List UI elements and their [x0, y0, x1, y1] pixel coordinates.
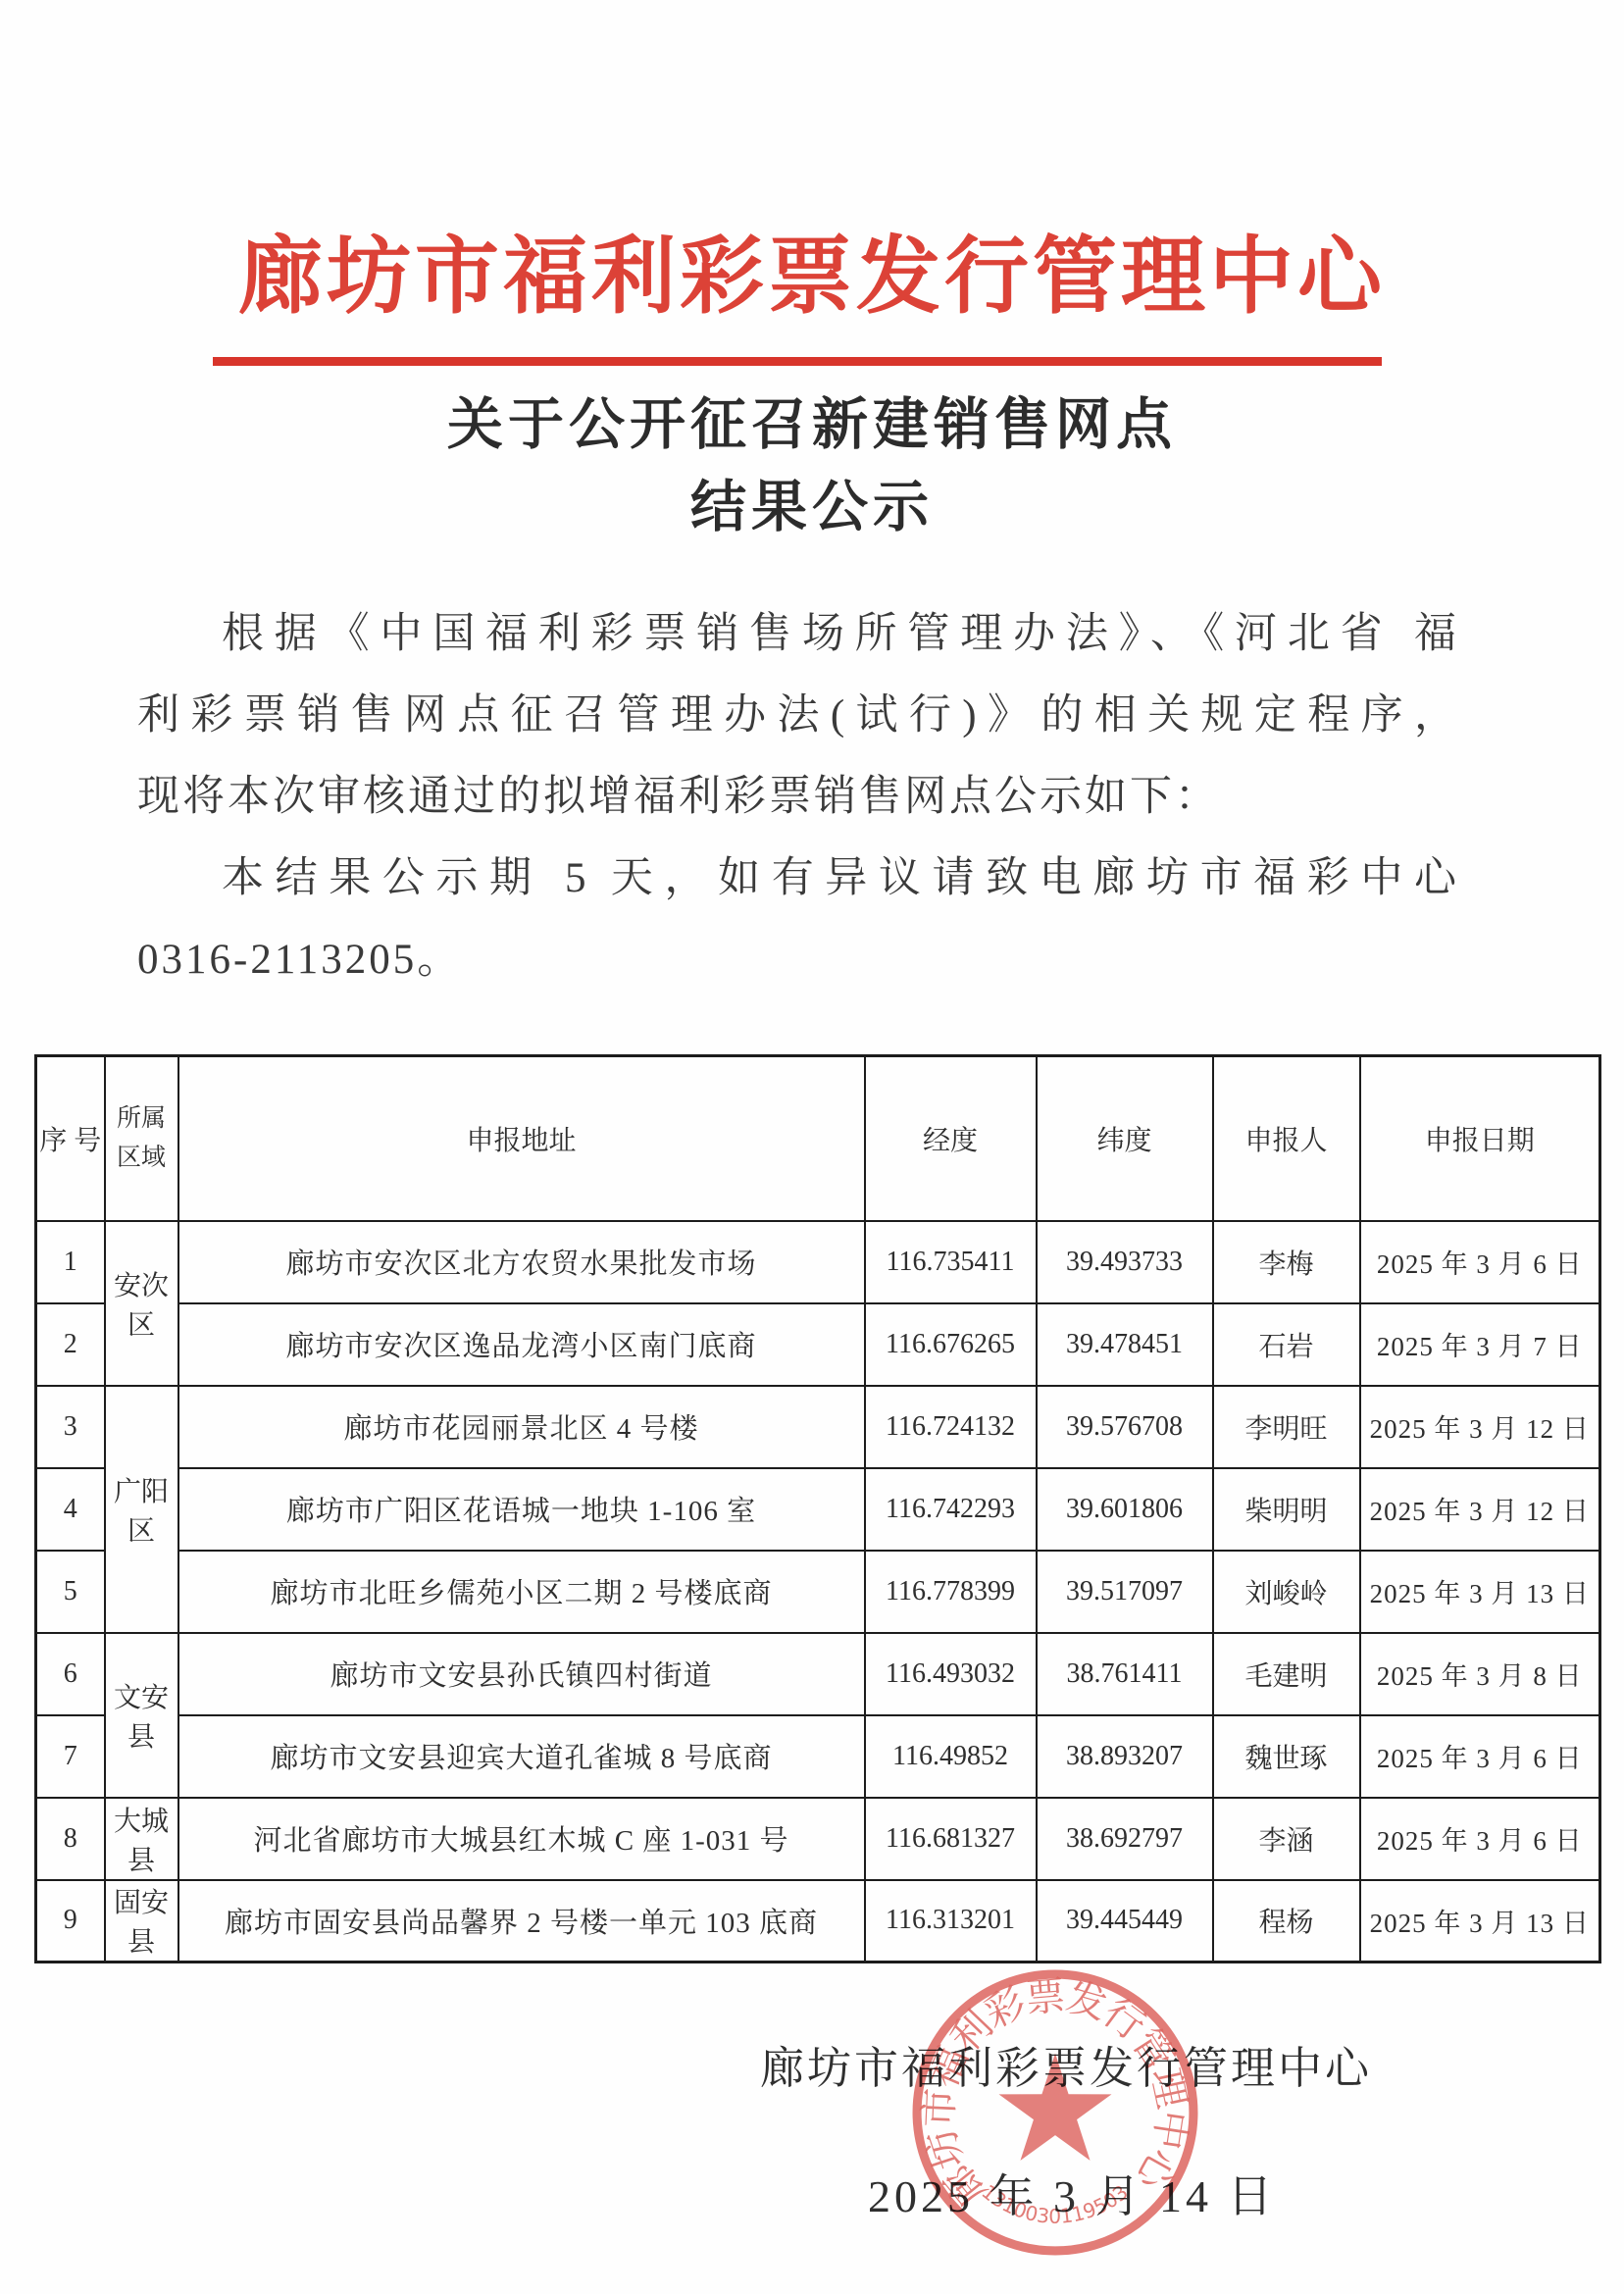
cell-no: 2: [36, 1303, 105, 1386]
col-header-address: 申报地址: [178, 1056, 865, 1221]
cell-date: 2025 年 3 月 12 日: [1360, 1468, 1600, 1551]
cell-latitude: 39.493733: [1037, 1221, 1213, 1303]
cell-longitude: 116.49852: [865, 1715, 1037, 1798]
cell-date: 2025 年 3 月 6 日: [1360, 1798, 1600, 1880]
doc-title-line-2: 结果公示: [0, 467, 1624, 549]
doc-title: 关于公开征召新建销售网点 结果公示: [0, 384, 1624, 549]
cell-date: 2025 年 3 月 13 日: [1360, 1880, 1600, 1963]
cell-no: 3: [36, 1386, 105, 1468]
seal-number: 1310030119503: [978, 2180, 1133, 2228]
cell-applicant: 李梅: [1213, 1221, 1360, 1303]
cell-longitude: 116.676265: [865, 1303, 1037, 1386]
cell-latitude: 39.576708: [1037, 1386, 1213, 1468]
cell-no: 9: [36, 1880, 105, 1963]
table-row: 6 文安县 廊坊市文安县孙氏镇四村街道 116.493032 38.761411…: [36, 1633, 1600, 1715]
cell-date: 2025 年 3 月 13 日: [1360, 1551, 1600, 1633]
table-row: 1 安次区 廊坊市安次区北方农贸水果批发市场 116.735411 39.493…: [36, 1221, 1600, 1303]
cell-latitude: 39.601806: [1037, 1468, 1213, 1551]
cell-latitude: 38.893207: [1037, 1715, 1213, 1798]
cell-longitude: 116.735411: [865, 1221, 1037, 1303]
table-row: 7 廊坊市文安县迎宾大道孔雀城 8 号底商 116.49852 38.89320…: [36, 1715, 1600, 1798]
outlets-table: 序 号 所属区域 申报地址 经度 纬度 申报人 申报日期 1 安次区 廊坊市安次…: [34, 1054, 1601, 1963]
cell-date: 2025 年 3 月 6 日: [1360, 1221, 1600, 1303]
cell-longitude: 116.313201: [865, 1880, 1037, 1963]
cell-applicant: 石岩: [1213, 1303, 1360, 1386]
svg-text:1310030119503: 1310030119503: [978, 2180, 1133, 2228]
cell-applicant: 李涵: [1213, 1798, 1360, 1880]
table-row: 4 廊坊市广阳区花语城一地块 1-106 室 116.742293 39.601…: [36, 1468, 1600, 1551]
col-header-longitude: 经度: [865, 1056, 1037, 1221]
cell-address: 廊坊市北旺乡儒苑小区二期 2 号楼底商: [178, 1551, 865, 1633]
cell-region: 广阳区: [105, 1386, 178, 1633]
cell-latitude: 39.478451: [1037, 1303, 1213, 1386]
cell-longitude: 116.778399: [865, 1551, 1037, 1633]
doc-title-line-1: 关于公开征召新建销售网点: [0, 384, 1624, 467]
cell-no: 8: [36, 1798, 105, 1880]
cell-address: 廊坊市固安县尚品馨界 2 号楼一单元 103 底商: [178, 1880, 865, 1963]
cell-applicant: 毛建明: [1213, 1633, 1360, 1715]
body-line: 根据《中国福利彩票销售场所管理办法》、《河北省 福: [137, 593, 1459, 675]
cell-longitude: 116.724132: [865, 1386, 1037, 1468]
body-text: 根据《中国福利彩票销售场所管理办法》、《河北省 福 利彩票销售网点征召管理办法(…: [137, 593, 1459, 1000]
body-line: 本结果公示期 5 天，如有异议请致电廊坊市福彩中心: [137, 838, 1459, 919]
cell-address: 廊坊市文安县孙氏镇四村街道: [178, 1633, 865, 1715]
cell-date: 2025 年 3 月 7 日: [1360, 1303, 1600, 1386]
cell-date: 2025 年 3 月 6 日: [1360, 1715, 1600, 1798]
table-row: 8 大城县 河北省廊坊市大城县红木城 C 座 1-031 号 116.68132…: [36, 1798, 1600, 1880]
cell-address: 河北省廊坊市大城县红木城 C 座 1-031 号: [178, 1798, 865, 1880]
cell-address: 廊坊市安次区逸品龙湾小区南门底商: [178, 1303, 865, 1386]
title-divider-rule: [213, 357, 1382, 366]
body-line: 0316-2113205。: [137, 919, 1459, 1000]
col-header-applicant: 申报人: [1213, 1056, 1360, 1221]
cell-region: 固安县: [105, 1880, 178, 1963]
cell-no: 6: [36, 1633, 105, 1715]
cell-applicant: 魏世琢: [1213, 1715, 1360, 1798]
cell-address: 廊坊市广阳区花语城一地块 1-106 室: [178, 1468, 865, 1551]
cell-applicant: 刘峻岭: [1213, 1551, 1360, 1633]
org-title: 廊坊市福利彩票发行管理中心: [0, 208, 1624, 330]
cell-latitude: 39.445449: [1037, 1880, 1213, 1963]
cell-no: 1: [36, 1221, 105, 1303]
col-header-date: 申报日期: [1360, 1056, 1600, 1221]
col-header-region: 所属区域: [105, 1056, 178, 1221]
body-line: 利彩票销售网点征召管理办法(试行)》的相关规定程序，: [137, 675, 1459, 756]
body-line: 现将本次审核通过的拟增福利彩票销售网点公示如下：: [137, 756, 1459, 838]
cell-latitude: 39.517097: [1037, 1551, 1213, 1633]
cell-address: 廊坊市安次区北方农贸水果批发市场: [178, 1221, 865, 1303]
table-row: 3 广阳区 廊坊市花园丽景北区 4 号楼 116.724132 39.57670…: [36, 1386, 1600, 1468]
cell-no: 5: [36, 1551, 105, 1633]
col-header-index: 序 号: [36, 1056, 105, 1221]
cell-applicant: 程杨: [1213, 1880, 1360, 1963]
document-page: 廊坊市福利彩票发行管理中心 关于公开征召新建销售网点 结果公示 根据《中国福利彩…: [0, 0, 1624, 2294]
cell-region: 安次区: [105, 1221, 178, 1386]
cell-region: 大城县: [105, 1798, 178, 1880]
star-icon: [999, 2054, 1112, 2161]
cell-date: 2025 年 3 月 12 日: [1360, 1386, 1600, 1468]
cell-address: 廊坊市花园丽景北区 4 号楼: [178, 1386, 865, 1468]
cell-date: 2025 年 3 月 8 日: [1360, 1633, 1600, 1715]
table-header-row: 序 号 所属区域 申报地址 经度 纬度 申报人 申报日期: [36, 1056, 1600, 1221]
cell-no: 7: [36, 1715, 105, 1798]
cell-latitude: 38.761411: [1037, 1633, 1213, 1715]
official-seal: 廊坊市福利彩票发行管理中心 1310030119503: [907, 1964, 1203, 2261]
cell-applicant: 柴明明: [1213, 1468, 1360, 1551]
cell-address: 廊坊市文安县迎宾大道孔雀城 8 号底商: [178, 1715, 865, 1798]
cell-longitude: 116.493032: [865, 1633, 1037, 1715]
cell-no: 4: [36, 1468, 105, 1551]
cell-longitude: 116.681327: [865, 1798, 1037, 1880]
table-row: 9 固安县 廊坊市固安县尚品馨界 2 号楼一单元 103 底商 116.3132…: [36, 1880, 1600, 1963]
table-row: 5 廊坊市北旺乡儒苑小区二期 2 号楼底商 116.778399 39.5170…: [36, 1551, 1600, 1633]
col-header-latitude: 纬度: [1037, 1056, 1213, 1221]
cell-region: 文安县: [105, 1633, 178, 1798]
cell-applicant: 李明旺: [1213, 1386, 1360, 1468]
table-row: 2 廊坊市安次区逸品龙湾小区南门底商 116.676265 39.478451 …: [36, 1303, 1600, 1386]
cell-latitude: 38.692797: [1037, 1798, 1213, 1880]
cell-longitude: 116.742293: [865, 1468, 1037, 1551]
